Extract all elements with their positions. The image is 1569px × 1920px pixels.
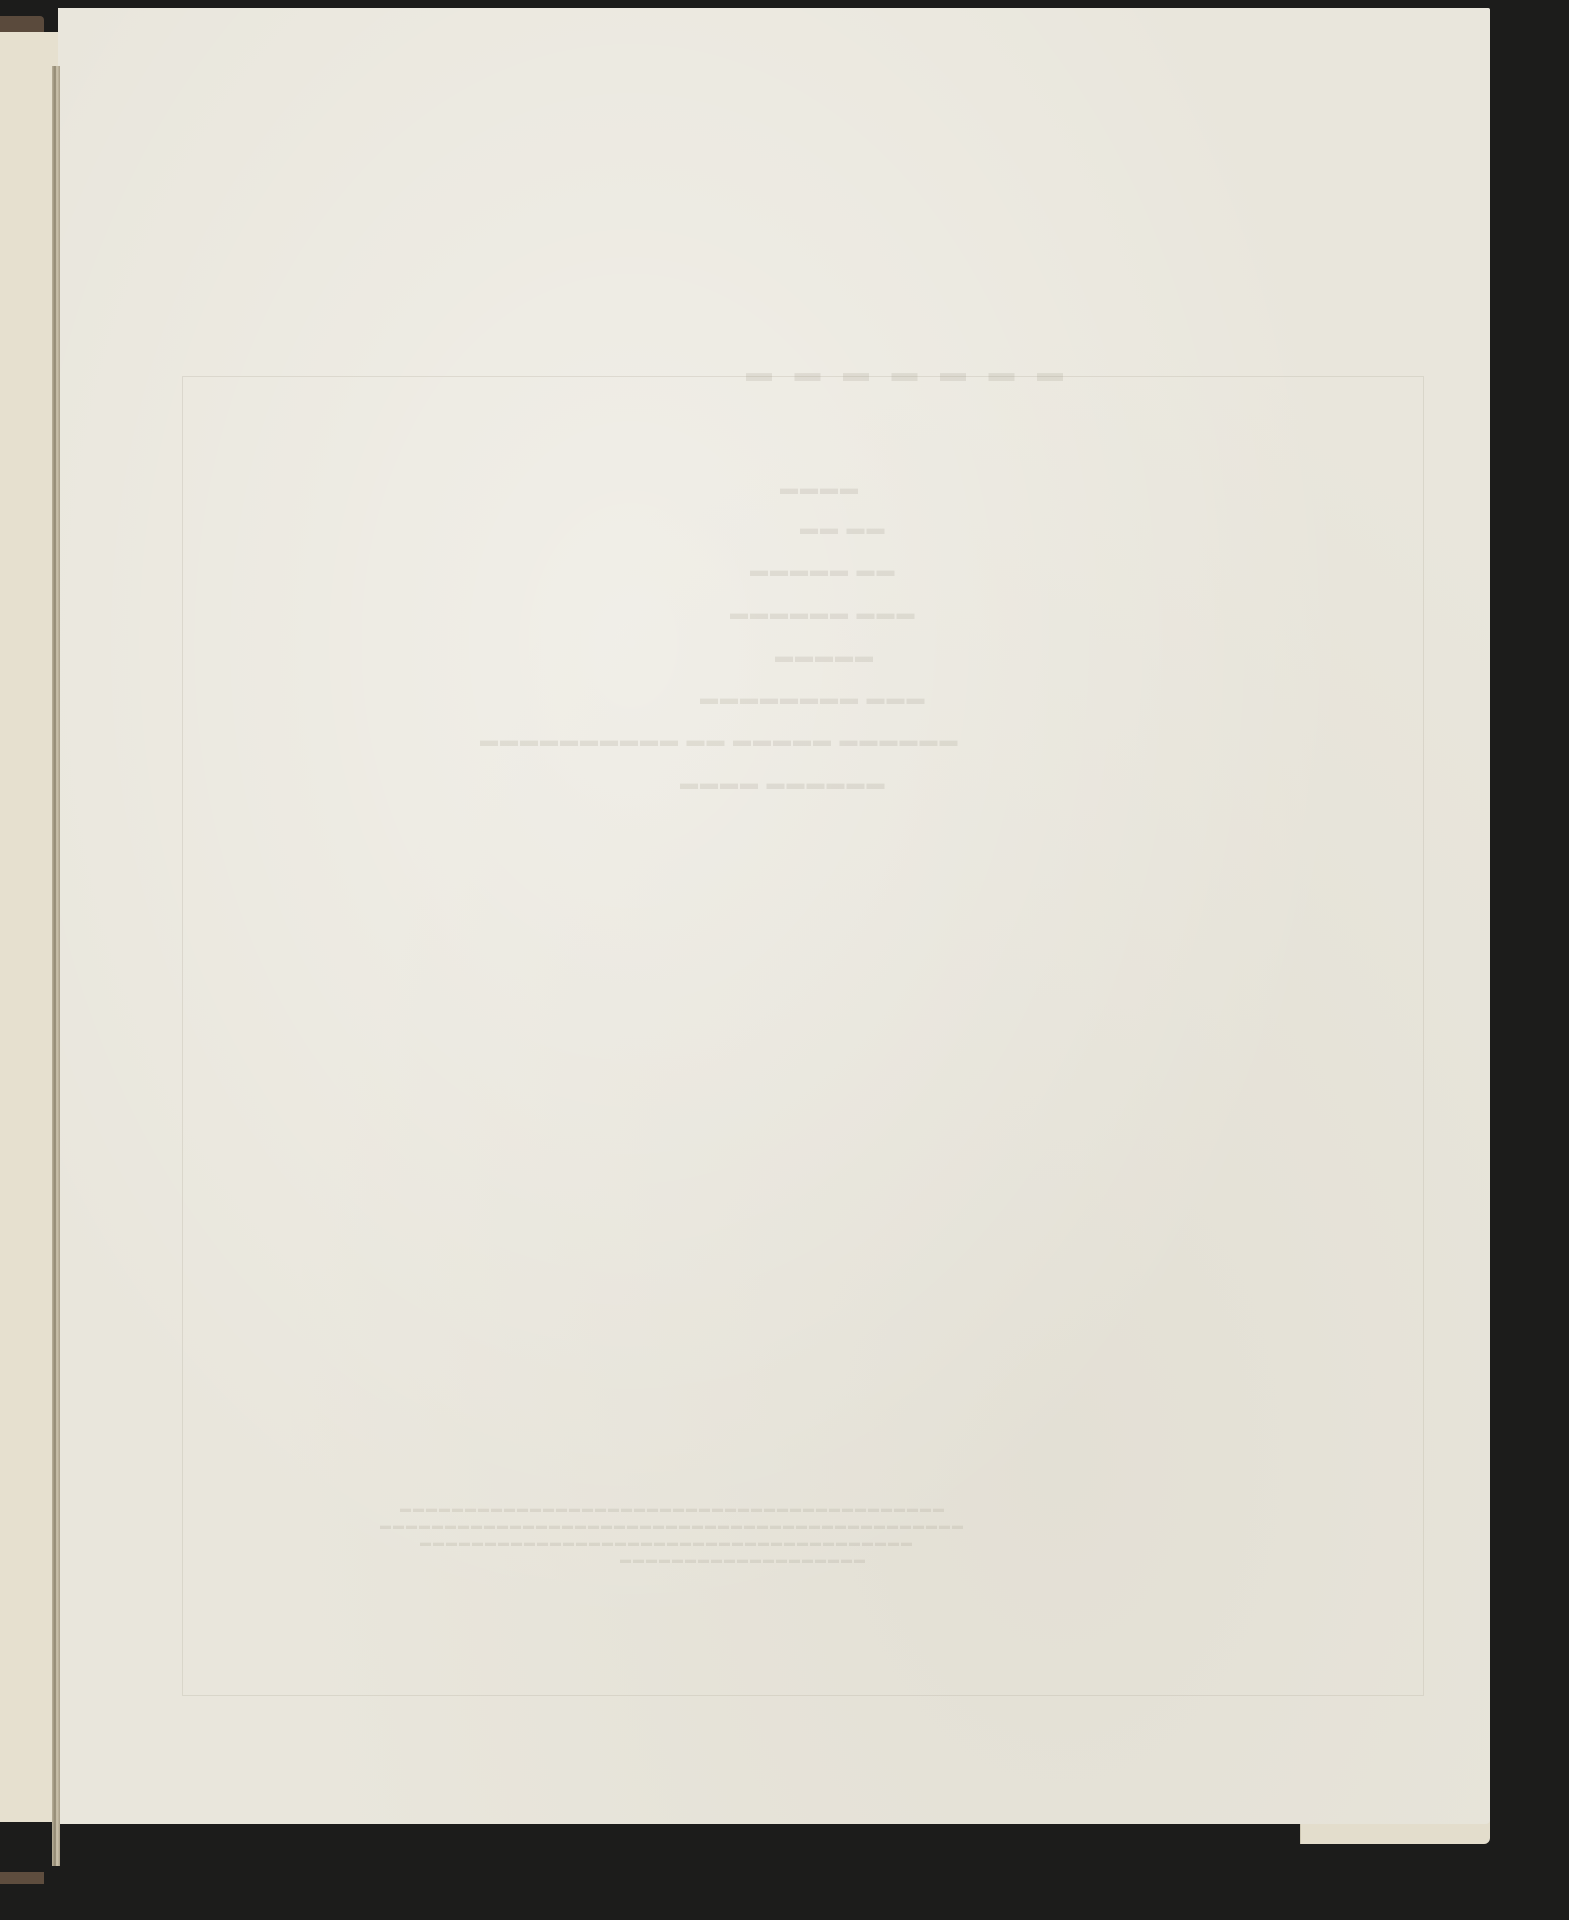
scanned-page: ▬ ▬ ▬ ▬ ▬ ▬ ▬ ▬▬▬▬ ▬▬ ▬▬ ▬▬ ▬▬▬▬▬ ▬▬▬ ▬▬… [58,8,1490,1824]
show-through-line: ▬▬▬▬▬▬ ▬▬▬▬ [678,773,885,794]
show-through-line: ▬▬ ▬▬▬▬▬ [748,560,895,581]
show-through-title: ▬ ▬ ▬ ▬ ▬ ▬ ▬ [738,358,1063,388]
left-page-edge [0,32,58,1822]
show-through-line: ▬▬▬▬▬ [773,646,873,667]
show-through-line: ▬▬▬ ▬▬▬▬▬▬▬▬ [698,688,925,709]
binding-cover-bottom [0,1872,44,1884]
show-through-caption: ▬▬▬▬▬▬▬▬▬▬▬▬▬▬▬▬▬▬▬▬▬▬▬▬▬▬▬▬▬▬▬▬▬▬▬▬▬▬ [418,1537,912,1549]
show-through-line: ▬▬ ▬▬ [798,518,885,539]
binding-gutter [52,66,60,1866]
show-through-line: ▬▬▬ ▬▬▬▬▬▬ [728,603,915,624]
show-through-caption: ▬▬▬▬▬▬▬▬▬▬▬▬▬▬▬▬▬▬▬▬▬▬▬▬▬▬▬▬▬▬▬▬▬▬▬▬▬▬▬▬… [398,1503,944,1515]
show-through-line: ▬▬▬▬ [778,478,858,499]
show-through-line: ▬▬▬▬▬▬ ▬▬▬▬▬ ▬▬ ▬▬▬▬▬▬▬▬▬▬ [478,730,958,751]
show-through-caption: ▬▬▬▬▬▬▬▬▬▬▬▬▬▬▬▬▬▬▬ [618,1554,865,1566]
show-through-caption: ▬▬▬▬▬▬▬▬▬▬▬▬▬▬▬▬▬▬▬▬▬▬▬▬▬▬▬▬▬▬▬▬▬▬▬▬▬▬▬▬… [378,1520,963,1532]
